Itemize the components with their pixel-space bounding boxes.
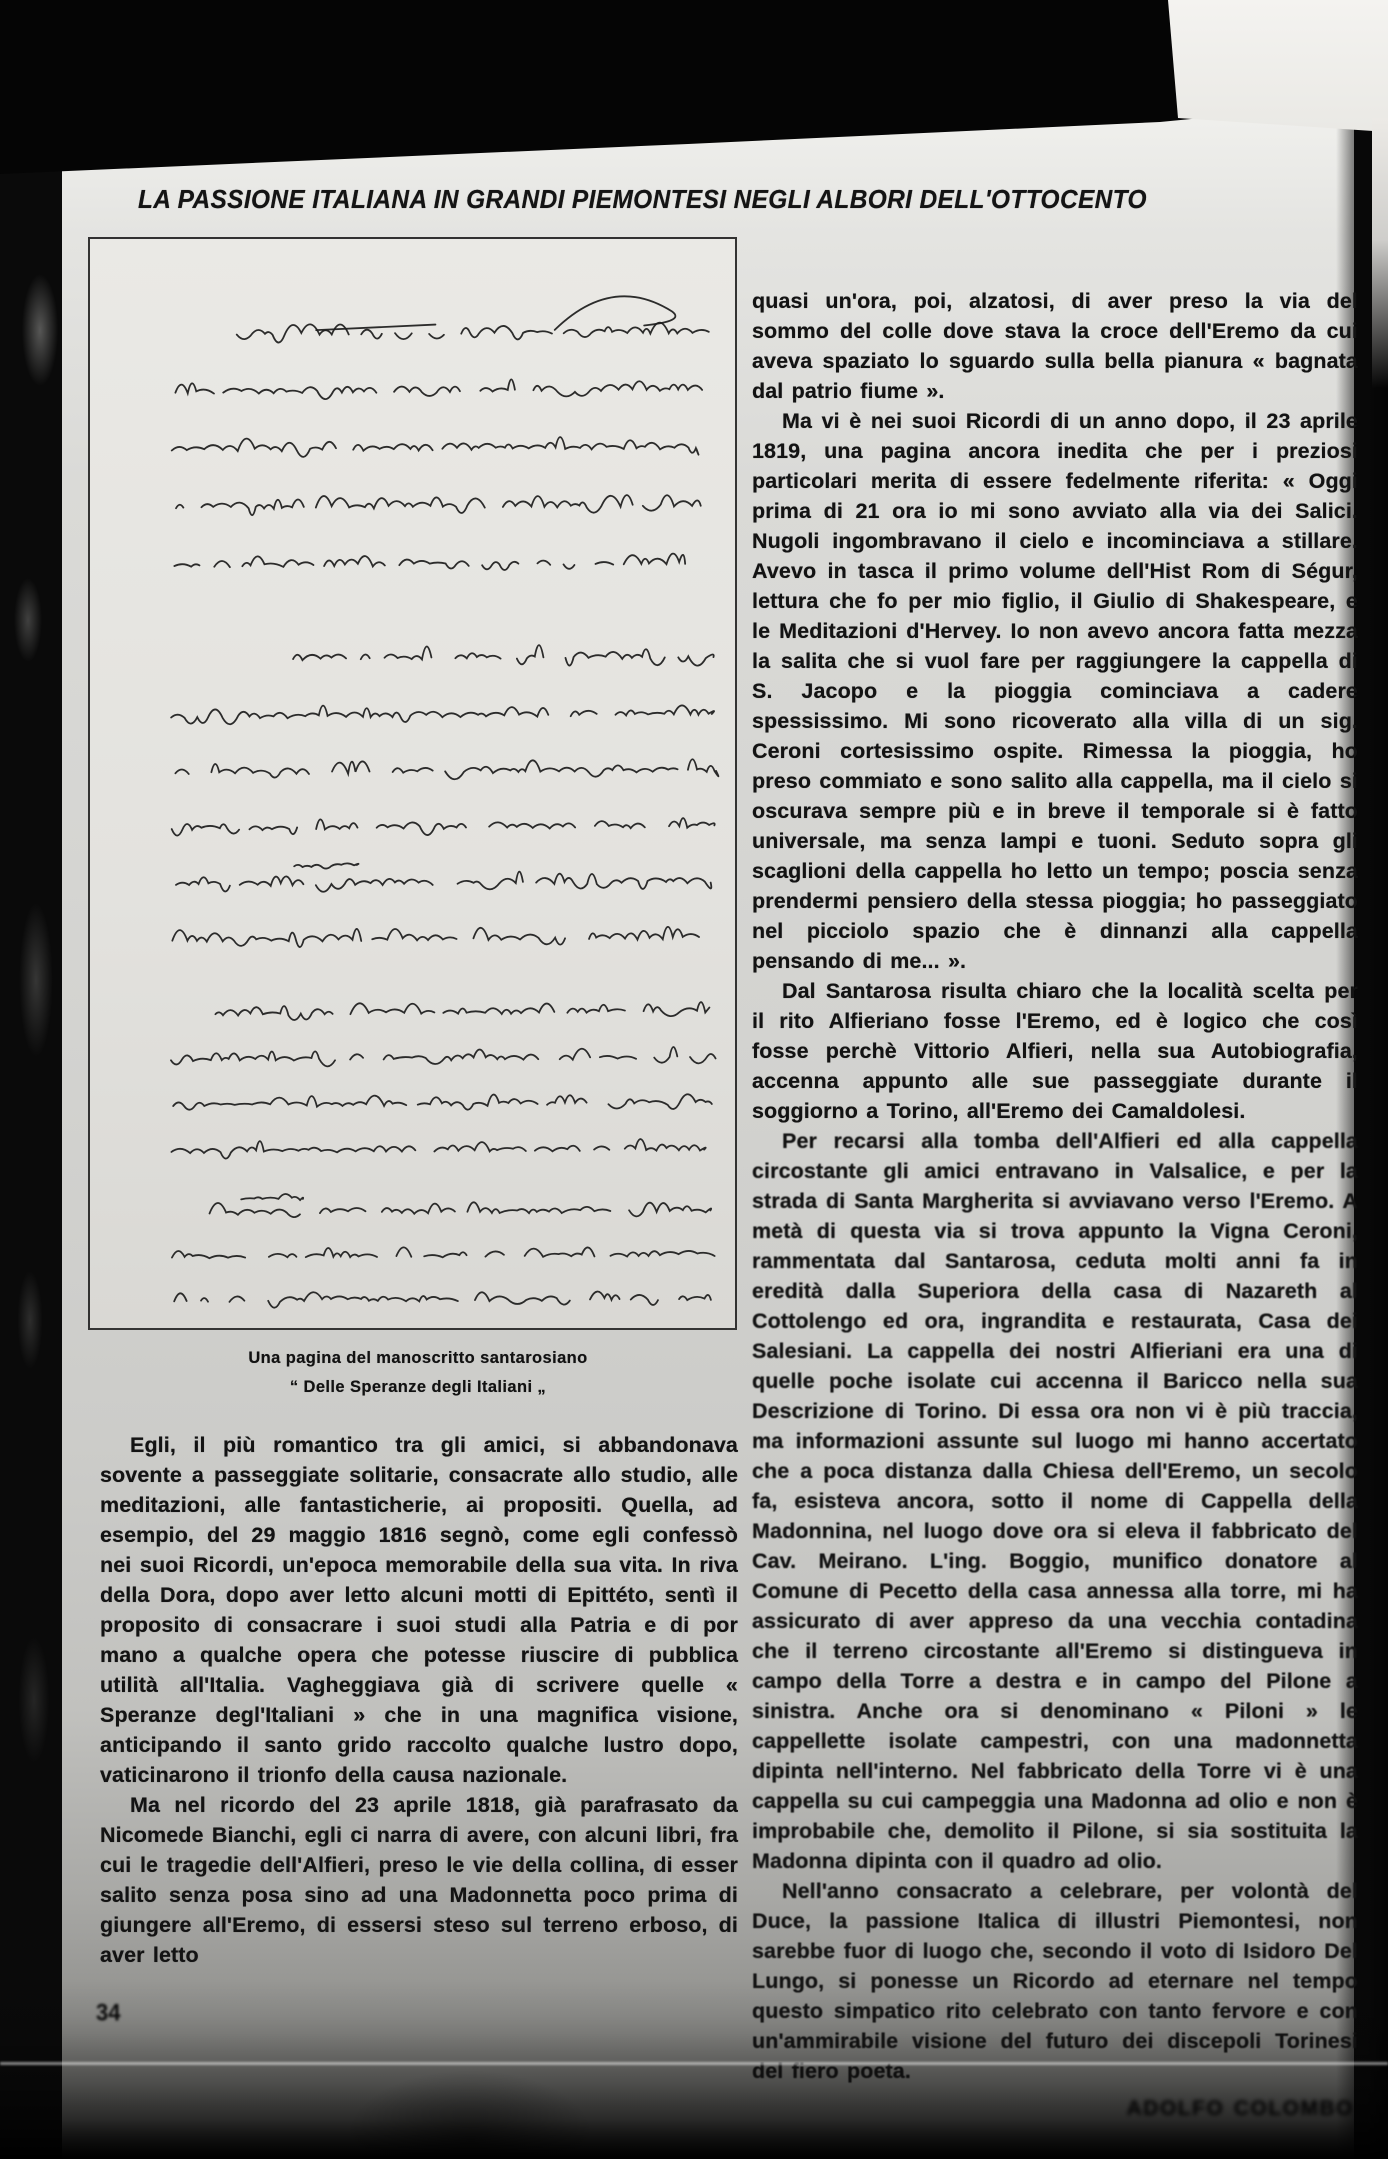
book-gutter-shadow xyxy=(0,0,62,2159)
handwriting-scribbles xyxy=(87,237,738,1329)
paragraph: quasi un'ora, poi, alzatosi, di aver pre… xyxy=(752,286,1358,406)
manuscript-facsimile-image xyxy=(88,237,737,1330)
paragraph: Ma nel ricordo del 23 aprile 1818, già p… xyxy=(100,1790,738,1970)
paragraph: Ma vi è nei suoi Ricordi di un anno dopo… xyxy=(752,406,1358,976)
page-number: 34 xyxy=(96,1999,120,2028)
paragraph: Per recarsi alla tomba dell'Alfieri ed a… xyxy=(752,1126,1358,1876)
caption-line-2: “ Delle Speranze degli Italiani „ xyxy=(128,1373,708,1402)
right-column-text: quasi un'ora, poi, alzatosi, di aver pre… xyxy=(752,286,1358,2124)
scanned-book-page: LA PASSIONE ITALIANA IN GRANDI PIEMONTES… xyxy=(0,0,1388,2159)
paragraph: Egli, il più romantico tra gli amici, si… xyxy=(100,1430,738,1790)
left-column-text: Egli, il più romantico tra gli amici, si… xyxy=(100,1430,738,1970)
scan-corner-white-patch xyxy=(1162,0,1388,140)
author-signature: ADOLFO COLOMBO xyxy=(752,2094,1358,2124)
manuscript-caption: Una pagina del manoscritto santarosiano … xyxy=(128,1344,708,1402)
paragraph: Dal Santarosa risulta chiaro che la loca… xyxy=(752,976,1358,1126)
scan-artifact-line xyxy=(0,2062,1388,2065)
adjacent-page-edge xyxy=(1372,118,1388,388)
paragraph: Nell'anno consacrato a celebrare, per vo… xyxy=(752,1876,1358,2086)
caption-line-1: Una pagina del manoscritto santarosiano xyxy=(128,1344,708,1373)
page-title: LA PASSIONE ITALIANA IN GRANDI PIEMONTES… xyxy=(138,184,1092,215)
